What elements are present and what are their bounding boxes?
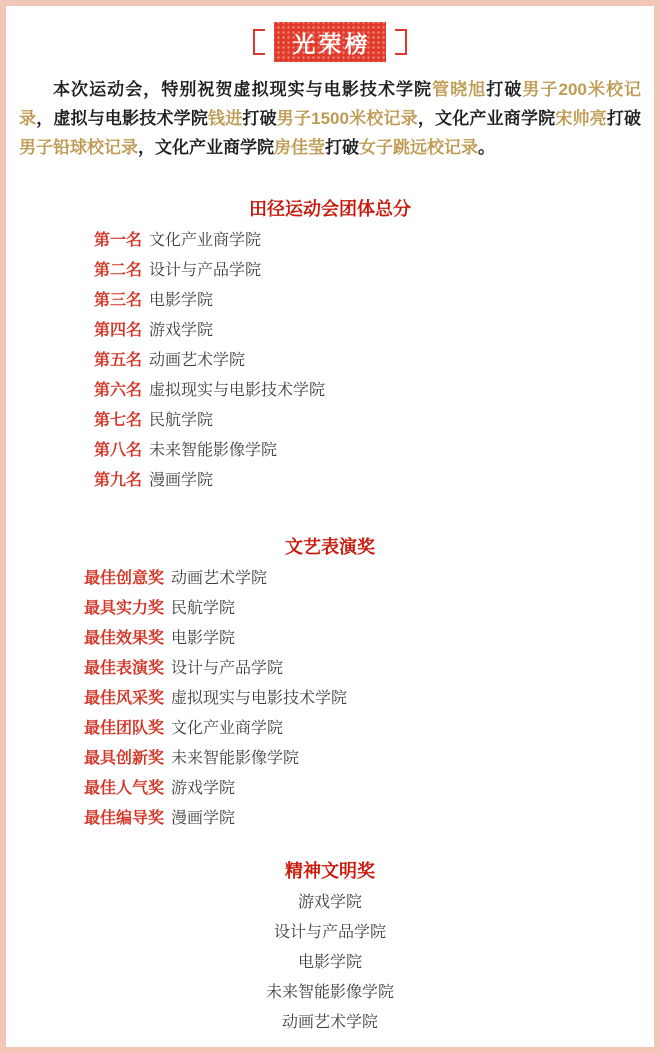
item-label: 第三名	[94, 292, 142, 309]
item-label: 最具实力奖	[84, 600, 164, 617]
list-item: 第一名文化产业商学院	[6, 226, 654, 256]
section-spirit-award: 精神文明奖 游戏学院设计与产品学院电影学院未来智能影像学院动画艺术学院	[6, 860, 654, 1038]
item-label: 第二名	[94, 262, 142, 279]
rank-list: 第一名文化产业商学院第二名设计与产品学院第三名电影学院第四名游戏学院第五名动画艺…	[6, 226, 654, 496]
list-item: 最佳表演奖设计与产品学院	[6, 654, 654, 684]
list-item: 最佳效果奖电影学院	[6, 624, 654, 654]
item-value: 文化产业商学院	[149, 232, 261, 249]
honor-roll-badge: 光荣榜	[6, 22, 654, 62]
item-label: 最佳风采奖	[84, 690, 164, 707]
item-label: 第六名	[94, 382, 142, 399]
body-text: 打破	[486, 80, 522, 99]
item-label: 第五名	[94, 352, 142, 369]
item-value: 文化产业商学院	[171, 720, 283, 737]
list-item: 第二名设计与产品学院	[6, 256, 654, 286]
list-item: 第八名未来智能影像学院	[6, 436, 654, 466]
highlight-text: 房佳莹	[274, 138, 325, 157]
intro-paragraph: 本次运动会，特别祝贺虚拟现实与电影技术学院管晓旭打破男子200米校记录，虚拟与电…	[6, 75, 654, 162]
badge-box: 光荣榜	[274, 22, 386, 62]
body-text: 打破	[607, 109, 641, 128]
section-title-spirit-award: 精神文明奖	[6, 860, 654, 882]
item-value: 未来智能影像学院	[171, 750, 299, 767]
list-item: 最佳编导奖漫画学院	[6, 804, 654, 834]
item-value: 虚拟现实与电影技术学院	[171, 690, 347, 707]
body-text: 。	[478, 138, 495, 157]
list-item: 最具实力奖民航学院	[6, 594, 654, 624]
item-label: 第一名	[94, 232, 142, 249]
list-item: 最佳团队奖文化产业商学院	[6, 714, 654, 744]
item-label: 第七名	[94, 412, 142, 429]
list-item: 第七名民航学院	[6, 406, 654, 436]
item-value: 未来智能影像学院	[149, 442, 277, 459]
list-item: 第五名动画艺术学院	[6, 346, 654, 376]
list-item: 动画艺术学院	[6, 1008, 654, 1038]
section-title-track-total: 田径运动会团体总分	[6, 198, 654, 220]
list-item: 未来智能影像学院	[6, 978, 654, 1008]
item-value: 民航学院	[149, 412, 213, 429]
body-text: ，文化产业商学院	[418, 109, 555, 128]
list-item: 第四名游戏学院	[6, 316, 654, 346]
award-list: 最佳创意奖动画艺术学院最具实力奖民航学院最佳效果奖电影学院最佳表演奖设计与产品学…	[6, 564, 654, 834]
list-item: 最佳风采奖虚拟现实与电影技术学院	[6, 684, 654, 714]
highlight-text: 女子跳远校记录	[359, 138, 478, 157]
spirit-award-list: 游戏学院设计与产品学院电影学院未来智能影像学院动画艺术学院	[6, 888, 654, 1038]
item-value: 漫画学院	[149, 472, 213, 489]
item-label: 最佳表演奖	[84, 660, 164, 677]
item-value: 动画艺术学院	[171, 570, 267, 587]
item-label: 第九名	[94, 472, 142, 489]
badge-label: 光荣榜	[290, 26, 371, 59]
section-performance-awards: 文艺表演奖 最佳创意奖动画艺术学院最具实力奖民航学院最佳效果奖电影学院最佳表演奖…	[6, 536, 654, 834]
item-value: 电影学院	[171, 630, 235, 647]
item-label: 最佳编导奖	[84, 810, 164, 827]
item-value: 动画艺术学院	[149, 352, 245, 369]
list-item: 第九名漫画学院	[6, 466, 654, 496]
list-item: 设计与产品学院	[6, 918, 654, 948]
item-label: 最具创新奖	[84, 750, 164, 767]
item-label: 最佳创意奖	[84, 570, 164, 587]
item-value: 设计与产品学院	[171, 660, 283, 677]
list-item: 电影学院	[6, 948, 654, 978]
item-value: 游戏学院	[171, 780, 235, 797]
body-text: ，文化产业商学院	[138, 138, 274, 157]
section-title-performance-awards: 文艺表演奖	[6, 536, 654, 558]
item-value: 游戏学院	[149, 322, 213, 339]
item-label: 第八名	[94, 442, 142, 459]
item-label: 最佳人气奖	[84, 780, 164, 797]
list-item: 第三名电影学院	[6, 286, 654, 316]
left-bracket-icon	[253, 29, 265, 55]
highlight-text: 管晓旭	[432, 80, 486, 99]
item-label: 最佳团队奖	[84, 720, 164, 737]
body-text: 打破	[242, 109, 276, 128]
highlight-text: 男子1500米校记录	[277, 109, 418, 128]
body-text: 打破	[325, 138, 359, 157]
list-item: 第六名虚拟现实与电影技术学院	[6, 376, 654, 406]
section-track-total: 田径运动会团体总分 第一名文化产业商学院第二名设计与产品学院第三名电影学院第四名…	[6, 198, 654, 496]
body-text: ，虚拟与电影技术学院	[36, 109, 208, 128]
item-value: 虚拟现实与电影技术学院	[149, 382, 325, 399]
item-label: 最佳效果奖	[84, 630, 164, 647]
item-value: 设计与产品学院	[149, 262, 261, 279]
item-value: 民航学院	[171, 600, 235, 617]
item-label: 第四名	[94, 322, 142, 339]
highlight-text: 宋帅亮	[555, 109, 607, 128]
body-text: 本次运动会，特别祝贺虚拟现实与电影技术学院	[53, 80, 432, 99]
list-item: 最佳人气奖游戏学院	[6, 774, 654, 804]
highlight-text: 钱进	[208, 109, 242, 128]
list-item: 最具创新奖未来智能影像学院	[6, 744, 654, 774]
list-item: 最佳创意奖动画艺术学院	[6, 564, 654, 594]
highlight-text: 男子铅球校记录	[19, 138, 138, 157]
list-item: 游戏学院	[6, 888, 654, 918]
right-bracket-icon	[395, 29, 407, 55]
item-value: 漫画学院	[171, 810, 235, 827]
item-value: 电影学院	[149, 292, 213, 309]
